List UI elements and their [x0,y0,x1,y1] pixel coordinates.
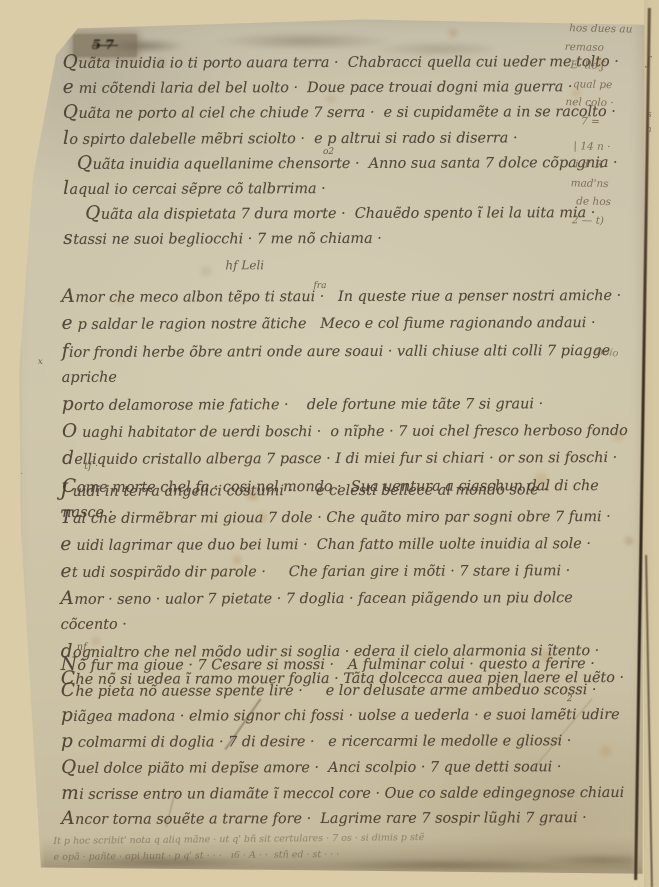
verse-line: fior frondi herbe õbre antri onde aure s… [62,337,634,392]
margin-note: remaso [565,41,657,56]
verse-line: stassi ne suoi begliocchi · 7 me nõ chia… [63,225,635,252]
margin-note: de hos [576,195,653,210]
manuscript-text: Quãta inuidia io ti porto auara terra · … [0,0,659,887]
rubric-heading: hf Leli [225,258,264,272]
manuscript-scan: 57 Quãta inuidia io ti porto auara terra… [0,0,659,887]
verse-line: Amor · seno · ualor 7 pietate · 7 doglia… [60,584,632,638]
edge-ink-glyph: s [647,110,652,120]
verse-line: lo spirto dalebelle mẽbri sciolto · e p … [63,125,635,152]
verse-line: porto delamorose mie fatiche · dele fort… [62,390,634,419]
margin-note: 2 — t) [572,214,653,229]
section-mark: tf · [84,461,98,472]
margin-note: E ·llo ʃ [570,59,656,74]
verse-line: laqual io cercai sẽpre cõ talbrrima · [63,175,635,202]
verse-line: J uidi in terra angelici costumi · e cel… [60,476,632,505]
right-marginalia: hos dues auremasoE ·llo ʃqual penel colo… [557,22,658,234]
margin-note: 7 = [581,115,655,130]
manuscript-page: 57 Quãta inuidia io ti porto auara terra… [0,0,659,887]
verse-line: Amor che meco albon tẽpo ti staui · In q… [61,282,633,311]
interlinear-note: fra [313,281,326,291]
margin-note: i d' R [575,158,654,173]
verse-line: Tal che dirmẽbrar mi gioua 7 dole · Che … [60,503,632,532]
section-mark: nf , [77,642,94,653]
verse-line: O uaghi habitator de uerdi boschi · o nĩ… [62,417,634,446]
verse-line: Quãta inuidia io ti porto auara terra · … [63,49,635,76]
verse-line: Quãta inuidia aquellanime chensorte · An… [77,150,635,177]
margin-ib-mark: ib · [10,469,23,478]
edge-ink-glyph: ʃ [647,54,650,68]
margin-note: qual pe [573,78,656,93]
verse-line: Nõ fur ma gioue · 7 Cesare si mossi · A … [61,651,633,679]
margin-note: mad'ns [570,177,653,192]
bottom-marginalia: It p hoc scribit' nota q aliq mãne · ut … [53,828,621,866]
verse-line: mi scrisse entro un diamãte ĩ meccol cor… [61,779,633,807]
poem-stanza-4: Nõ fur ma gioue · 7 Cesare si mossi · A … [61,651,634,833]
verse-line: Che pieta nõ auesse spente lire · e lor … [61,677,633,705]
verse-line: delliquido cristallo alberga 7 pasce · I… [62,444,634,473]
verse-line: p colmarmi di doglia · 7 di desire · e r… [61,728,633,756]
verse-line: piãgea madona · elmio signor chi fossi ·… [61,702,633,730]
verse-line: e p saldar le ragion nostre ãtiche Meco … [62,309,634,338]
margin-x-mark: x [38,357,43,367]
margin-note: | 14 n · [573,140,654,155]
verse-line: et udi sospirãdo dir parole · Che farian… [60,557,632,586]
interlinear-note: o2 [323,147,334,157]
margin-note: nel colo · [565,96,655,111]
foxing-stains [0,0,2,2]
verse-line: Quel dolce piãto mi depĩse amore · Anci … [61,754,633,782]
verse-line: e uidi lagrimar que duo bei lumi · Chan … [60,530,632,559]
verse-line: e mi cõtendi laria del bel uolto · Doue … [63,74,635,101]
interlinear-note: 2 [567,694,573,704]
edge-ink-glyph: h [646,125,652,135]
verse-line: Quãta ala dispietata 7 dura morte · Chau… [85,200,635,227]
poem-stanza-1: Quãta inuidia io ti porto auara terra · … [63,49,636,253]
verse-line: Quãta ne porto al ciel che chiude 7 serr… [63,99,635,126]
